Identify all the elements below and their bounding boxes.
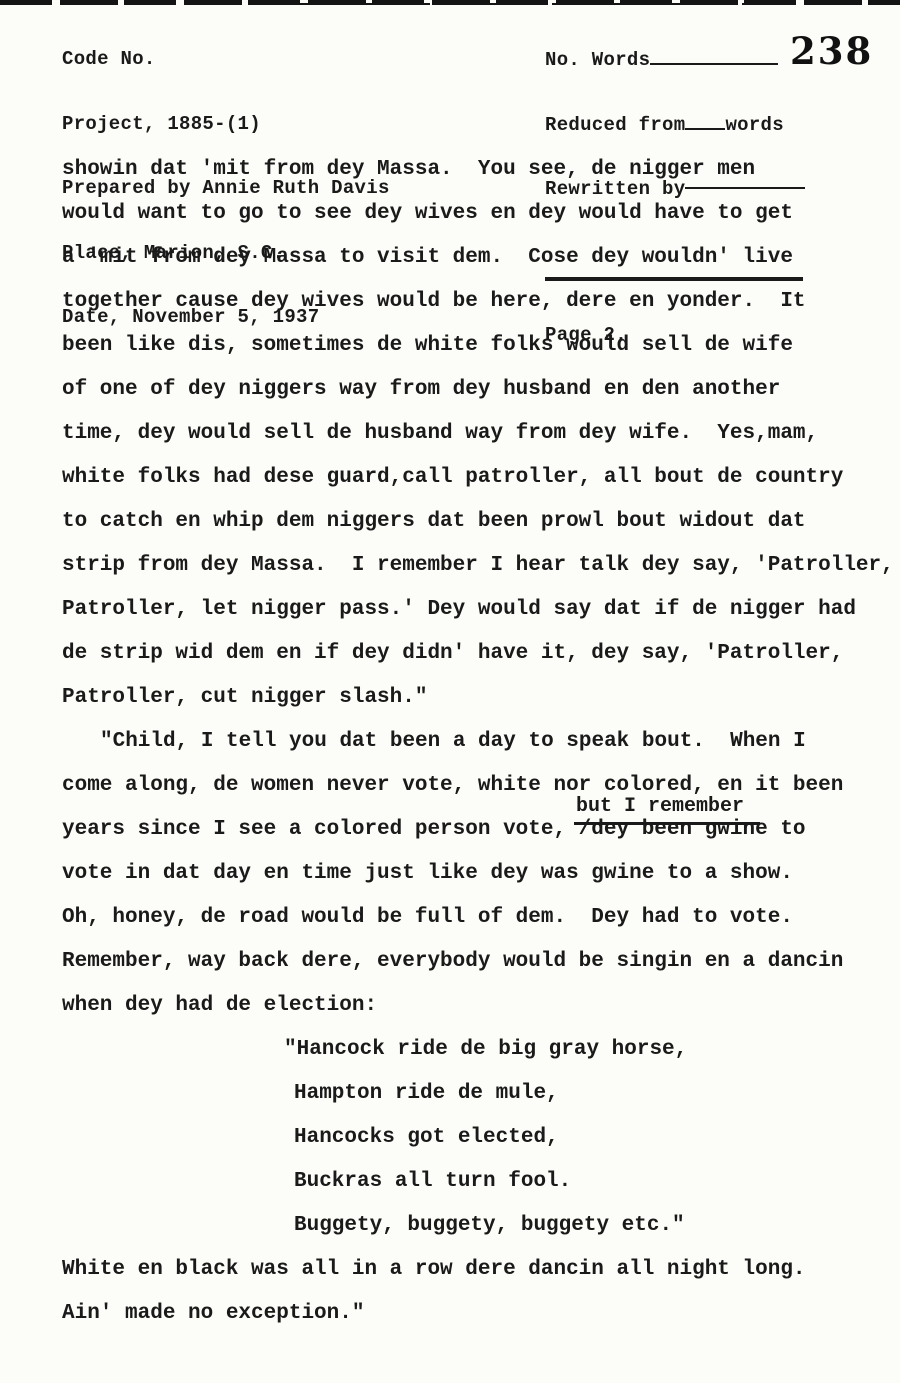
text-line: Remember, way back dere, everybody would… (62, 940, 898, 984)
blank-underline (650, 48, 778, 65)
text-line: together cause dey wives would be here, … (62, 280, 898, 324)
text-line: a 'mit from dey Massa to visit dem. Cose… (62, 236, 898, 280)
handwritten-page-number: 238 (790, 41, 873, 63)
text-line: "Hancock ride de big gray horse, (62, 1028, 898, 1072)
text-line: de strip wid dem en if dey didn' have it… (62, 632, 898, 676)
field-code-no: Code No. (62, 49, 390, 71)
text-line: Patroller, let nigger pass.' Dey would s… (62, 588, 898, 632)
text-line: "Child, I tell you dat been a day to spe… (62, 720, 898, 764)
text-line: of one of dey niggers way from dey husba… (62, 368, 898, 412)
text-line: come along, de women never vote, white n… (62, 764, 898, 808)
text-line: to catch en whip dem niggers dat been pr… (62, 500, 898, 544)
text-line: been like dis, sometimes de white folks … (62, 324, 898, 368)
field-reduced-from: Reduced fromwords (545, 113, 885, 135)
text-line: White en black was all in a row dere dan… (62, 1248, 898, 1292)
interlinear-insertion: but I remember (574, 797, 760, 825)
text-line: showin dat 'mit from dey Massa. You see,… (62, 148, 898, 192)
field-project: Project, 1885-(1) (62, 114, 390, 136)
text-line: Buckras all turn fool. (62, 1160, 898, 1204)
text-line: Patroller, cut nigger slash." (62, 676, 898, 720)
blank-underline (685, 113, 725, 130)
text-line: strip from dey Massa. I remember I hear … (62, 544, 898, 588)
no-words-label: No. Words (545, 49, 650, 71)
document-page: Code No. Project, 1885-(1) Prepared by A… (0, 0, 900, 1383)
reduced-words-suffix: words (725, 114, 784, 136)
text-line: Ain' made no exception." (62, 1292, 898, 1336)
text-line: when dey had de election: (62, 984, 898, 1028)
text-line: Oh, honey, de road would be full of dem.… (62, 896, 898, 940)
body-text: showin dat 'mit from dey Massa. You see,… (62, 148, 898, 1336)
text-line: Hampton ride de mule, (62, 1072, 898, 1116)
text-line: white folks had dese guard,call patrolle… (62, 456, 898, 500)
text-line: years since I see a colored person vote,… (62, 808, 898, 852)
text-line: Buggety, buggety, buggety etc." (62, 1204, 898, 1248)
text-line: would want to go to see dey wives en dey… (62, 192, 898, 236)
reduced-from-label: Reduced from (545, 114, 685, 136)
text-line: vote in dat day en time just like dey wa… (62, 852, 898, 896)
text-line: time, dey would sell de husband way from… (62, 412, 898, 456)
text-line: Hancocks got elected, (62, 1116, 898, 1160)
